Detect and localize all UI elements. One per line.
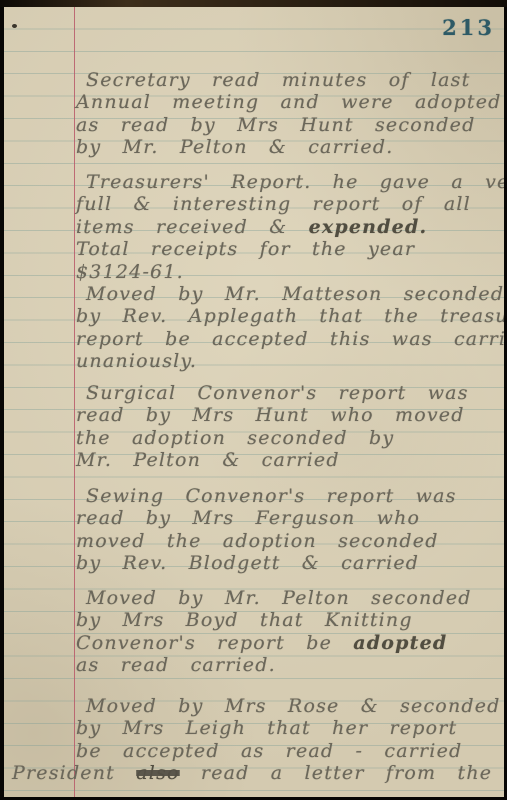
total-receipts-amount: $3124-61. <box>76 261 504 283</box>
paragraph-treasurer-motion: Moved by Mr. Matteson seconded by Rev. A… <box>76 283 504 373</box>
paragraph-sewing-convenor: Sewing Convenor's report was read by Mrs… <box>76 485 504 575</box>
handwriting-line: as read by Mrs Hunt seconded <box>76 114 504 136</box>
handwriting-line: as read carried. <box>76 654 504 676</box>
paragraph-rose-motion: Moved by Mrs Rose & seconded by Mrs Leig… <box>76 695 504 785</box>
handwriting-line: report be accepted this was carried <box>76 328 504 350</box>
handwriting-line: Convenor's report be adopted <box>76 632 504 654</box>
handwriting-line: Moved by Mrs Rose & seconded <box>76 695 504 717</box>
handwriting-line: Secretary read minutes of last <box>76 69 504 91</box>
page-top-binding-edge <box>0 0 507 7</box>
paragraph-secretary-minutes: Secretary read minutes of last Annual me… <box>76 69 504 159</box>
handwriting-line: the adoption seconded by <box>76 427 504 449</box>
handwriting-line: unaniously. <box>76 350 504 372</box>
handwriting-line: Moved by Mr. Matteson seconded <box>76 283 504 305</box>
scanned-minutes-page: 213 Secretary read minutes of last Annua… <box>0 0 507 800</box>
handwriting-line: by Rev. Blodgett & carried <box>76 552 504 574</box>
handwriting-line: by Rev. Applegath that the treasurers <box>76 305 504 327</box>
paragraph-surgical-convenor: Surgical Convenor's report was read by M… <box>76 382 504 472</box>
handwriting-line: by Mrs Boyd that Knitting <box>76 609 504 631</box>
handwriting-word: items received & <box>76 216 309 238</box>
handwriting-line: Mr. Pelton & carried <box>76 449 504 471</box>
handwriting-line: Total receipts for the year <box>76 238 504 260</box>
handwriting-line: be accepted as read - carried <box>76 740 504 762</box>
handwriting-line: full & interesting report of all <box>76 193 504 215</box>
red-margin-line <box>74 7 75 797</box>
struck-out-word: also <box>136 762 179 784</box>
ledger-page: 213 Secretary read minutes of last Annua… <box>4 7 504 797</box>
handwriting-line: Treasurers' Report. he gave a very <box>76 171 504 193</box>
handwriting-line: Annual meeting and were adopted <box>76 91 504 113</box>
handwriting-word: Convenor's report be <box>76 632 353 654</box>
ink-speck <box>12 24 17 28</box>
handwriting-line: items received & expended. <box>76 216 504 238</box>
handwriting-line: Surgical Convenor's report was <box>76 382 504 404</box>
handwriting-line: read by Mrs Hunt who moved <box>76 404 504 426</box>
handwriting-line: by Mr. Pelton & carried. <box>76 136 504 158</box>
overwritten-word: expended. <box>309 216 428 238</box>
paragraph-knitting-convenor: Moved by Mr. Pelton seconded by Mrs Boyd… <box>76 587 504 677</box>
paragraph-treasurers-report: Treasurers' Report. he gave a very full … <box>76 171 504 283</box>
handwriting-line: Sewing Convenor's report was <box>76 485 504 507</box>
handwriting-line: moved the adoption seconded <box>76 530 504 552</box>
page-number: 213 <box>442 15 495 40</box>
overwritten-word: adopted <box>353 632 447 654</box>
handwriting-word: President <box>12 762 136 784</box>
handwriting-line: by Mrs Leigh that her report <box>76 717 504 739</box>
handwriting-word: read a letter from the <box>180 762 493 784</box>
handwriting-line: President also read a letter from the <box>12 762 504 784</box>
handwriting-line: Moved by Mr. Pelton seconded <box>76 587 504 609</box>
handwriting-line: read by Mrs Ferguson who <box>76 507 504 529</box>
